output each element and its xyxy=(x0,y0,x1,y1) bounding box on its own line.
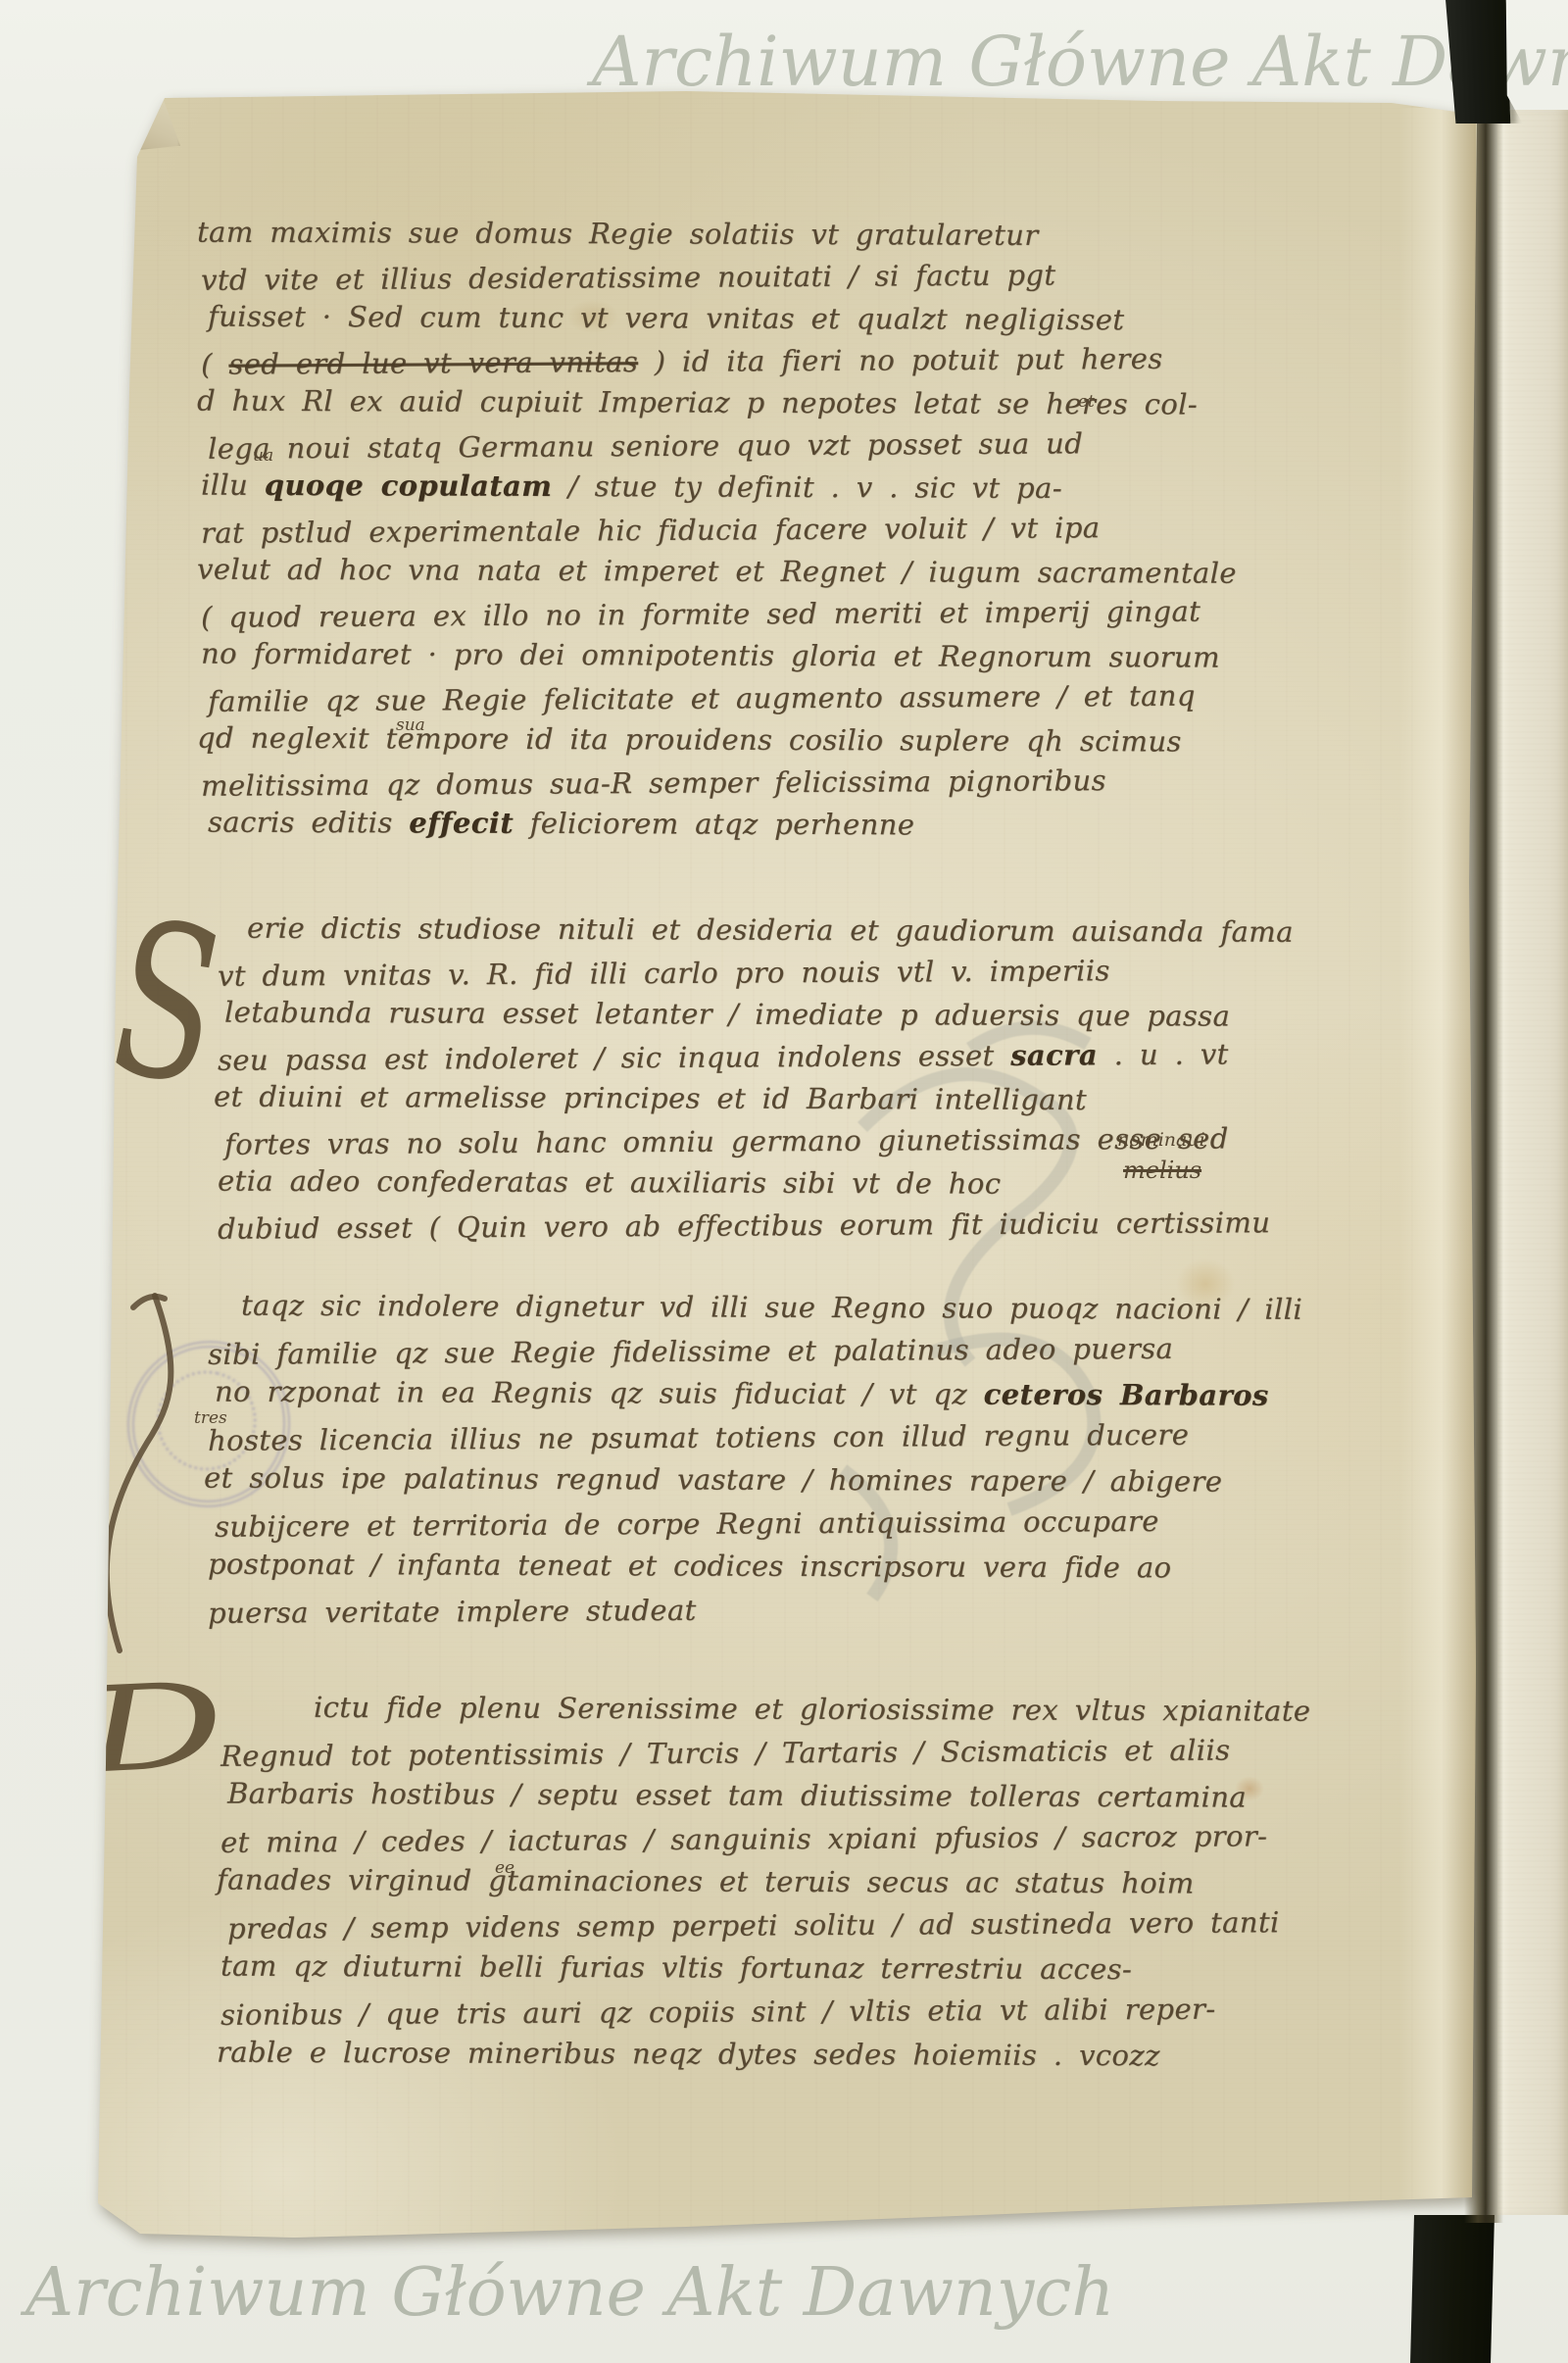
initial-letter-S: S xyxy=(108,874,225,1135)
manuscript-paragraph-3: taqz sic indolere dignetur vd illi sue R… xyxy=(208,1286,1433,1631)
black-ribbon-top xyxy=(1445,0,1511,123)
manuscript-line: illu quoqe copulatam / stue ty definit .… xyxy=(201,465,1421,512)
manuscript-line: sacris editis effecit feliciorem atqz pe… xyxy=(208,802,1421,849)
interlinear-correction: tres xyxy=(194,1408,227,1428)
initial-letter-D: D xyxy=(76,1657,232,1799)
manuscript-line: velut ad hoc vna nata et imperet et Regn… xyxy=(197,549,1421,596)
manuscript-line: puersa veritate implere studeat xyxy=(208,1584,1433,1635)
manuscript-line: sionibus / que tris auri qz copiis sint … xyxy=(220,1986,1445,2037)
manuscript-line: erie dictis studiose nituli et desideria… xyxy=(247,908,1433,955)
interlinear-correction: nominaui xyxy=(1117,1129,1205,1151)
manuscript-line: familie qz sue Regie felicitate et augme… xyxy=(208,673,1421,723)
manuscript-line: et mina / cedes / iacturas / sanguinis x… xyxy=(220,1813,1445,1864)
interlinear-correction: ua xyxy=(253,446,273,466)
interlinear-correction: sua xyxy=(396,715,425,735)
manuscript-line: no rzponat in ea Regnis qz suis fiduciat… xyxy=(215,1370,1433,1418)
manuscript-line: dubiud esset ( Quin vero ab effectibus e… xyxy=(218,1201,1433,1251)
manuscript-line: rable e lucrose mineribus neqz dytes sed… xyxy=(217,2031,1445,2079)
manuscript-line: d hux Rl ex auid cupiuit Imperiaz p nepo… xyxy=(197,380,1421,427)
manuscript-line: Barbaris hostibus / septu esset tam diut… xyxy=(227,1772,1445,1820)
manuscript-line: rat pstlud experimentale hic fiducia fac… xyxy=(201,505,1421,555)
manuscript-line: ( quod reuera ex illo no in formite sed … xyxy=(201,589,1421,639)
manuscript-line: etia adeo confederatas et auxiliaris sib… xyxy=(218,1160,1433,1207)
archival-scan: Archiwum Główne Akt Dawnych Archiwum Głó… xyxy=(0,0,1568,2363)
manuscript-page: tam maximis sue domus Regie solatiis vt … xyxy=(0,0,1568,2363)
manuscript-line: qd neglexit tempore id ita prouidens cos… xyxy=(197,717,1421,764)
manuscript-line: et diuini et armelisse principes et id B… xyxy=(214,1076,1433,1123)
manuscript-line: vtd vite et illius desideratissime nouit… xyxy=(201,252,1421,302)
manuscript-line: et solus ipe palatinus regnud vastare / … xyxy=(204,1456,1433,1504)
manuscript-paragraph-1: tam maximis sue domus Regie solatiis vt … xyxy=(201,214,1421,846)
manuscript-line: ( sed erd lue vt vera vnitas ) id ita fi… xyxy=(201,336,1421,386)
manuscript-line: fuisset · Sed cum tunc vt vera vnitas et… xyxy=(208,296,1421,343)
manuscript-line: sibi familie qz sue Regie fidelissime et… xyxy=(208,1325,1433,1376)
manuscript-line: fanades virginud gtaminaciones et teruis… xyxy=(217,1858,1445,1906)
interlinear-correction: ee xyxy=(495,1858,514,1878)
manuscript-line: tam maximis sue domus Regie solatiis vt … xyxy=(197,212,1421,259)
manuscript-line: predas / semp videns semp perpeti solitu… xyxy=(227,1899,1445,1950)
manuscript-line: seu passa est indoleret / sic inqua indo… xyxy=(218,1032,1433,1082)
manuscript-line: letabunda rusura esset letanter / imedia… xyxy=(224,992,1433,1039)
manuscript-line: hostes licencia illius ne psumat totiens… xyxy=(208,1411,1433,1462)
interlinear-correction: et xyxy=(1078,392,1095,412)
manuscript-page-paper: tam maximis sue domus Regie solatiis vt … xyxy=(0,0,1568,2363)
manuscript-line: fortes vras no solu hanc omniu germano g… xyxy=(224,1116,1433,1166)
manuscript-line: vt dum vnitas v. R. fid illi carlo pro n… xyxy=(218,948,1433,998)
manuscript-line: subijcere et territoria de corpe Regni a… xyxy=(215,1498,1433,1549)
manuscript-line: postponat / infanta teneat et codices in… xyxy=(208,1543,1433,1591)
manuscript-line: tam qz diuturni belli furias vltis fortu… xyxy=(220,1945,1445,1993)
struck-out-word: melius xyxy=(1123,1157,1201,1184)
manuscript-paragraph-4: ictu fide plenu Serenissime et gloriosis… xyxy=(220,1688,1445,2076)
manuscript-line: ictu fide plenu Serenissime et gloriosis… xyxy=(314,1686,1445,1733)
manuscript-line: melitissima qz domus sua-R semper felici… xyxy=(201,758,1421,808)
page-fold-corner xyxy=(131,94,180,153)
stray-ink-mark xyxy=(1517,868,1558,884)
manuscript-line: Regnud tot potentissimis / Turcis / Tart… xyxy=(220,1727,1445,1778)
manuscript-line: taqz sic indolere dignetur vd illi sue R… xyxy=(241,1284,1433,1332)
manuscript-paragraph-2: erie dictis studiose nituli et desideria… xyxy=(218,910,1433,1247)
manuscript-line: no formidaret · pro dei omnipotentis glo… xyxy=(201,633,1421,680)
manuscript-line: lega noui statq Germanu seniore quo vzt … xyxy=(208,420,1421,470)
